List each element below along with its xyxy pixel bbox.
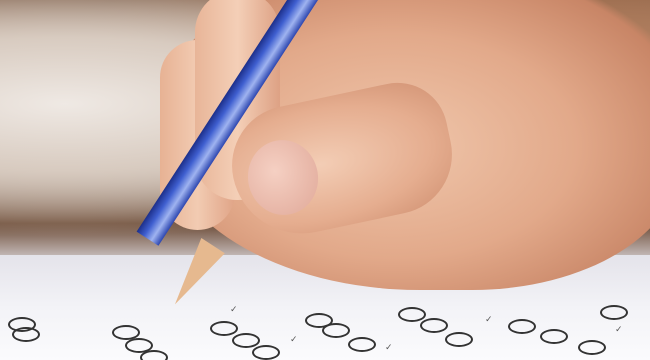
- check-mark: ✓: [485, 315, 493, 325]
- check-mark: ✓: [230, 305, 238, 315]
- check-mark: ✓: [290, 335, 298, 345]
- answer-bubble: [252, 345, 280, 360]
- answer-bubble: [420, 318, 448, 333]
- answer-bubble: [578, 340, 606, 355]
- check-mark: ✓: [615, 325, 623, 335]
- check-mark: ✓: [385, 343, 393, 353]
- answer-bubble: [348, 337, 376, 352]
- answer-bubble: [12, 327, 40, 342]
- answer-bubble: [232, 333, 260, 348]
- answer-bubble: [445, 332, 473, 347]
- answer-bubble: [398, 307, 426, 322]
- answer-bubble: [600, 305, 628, 320]
- answer-bubble: [508, 319, 536, 334]
- answer-bubble: [540, 329, 568, 344]
- answer-bubble: [210, 321, 238, 336]
- answer-bubble: [140, 350, 168, 360]
- answer-bubble: [322, 323, 350, 338]
- photo: ✓ ✓ ✓ ✓ ✓: [0, 0, 650, 360]
